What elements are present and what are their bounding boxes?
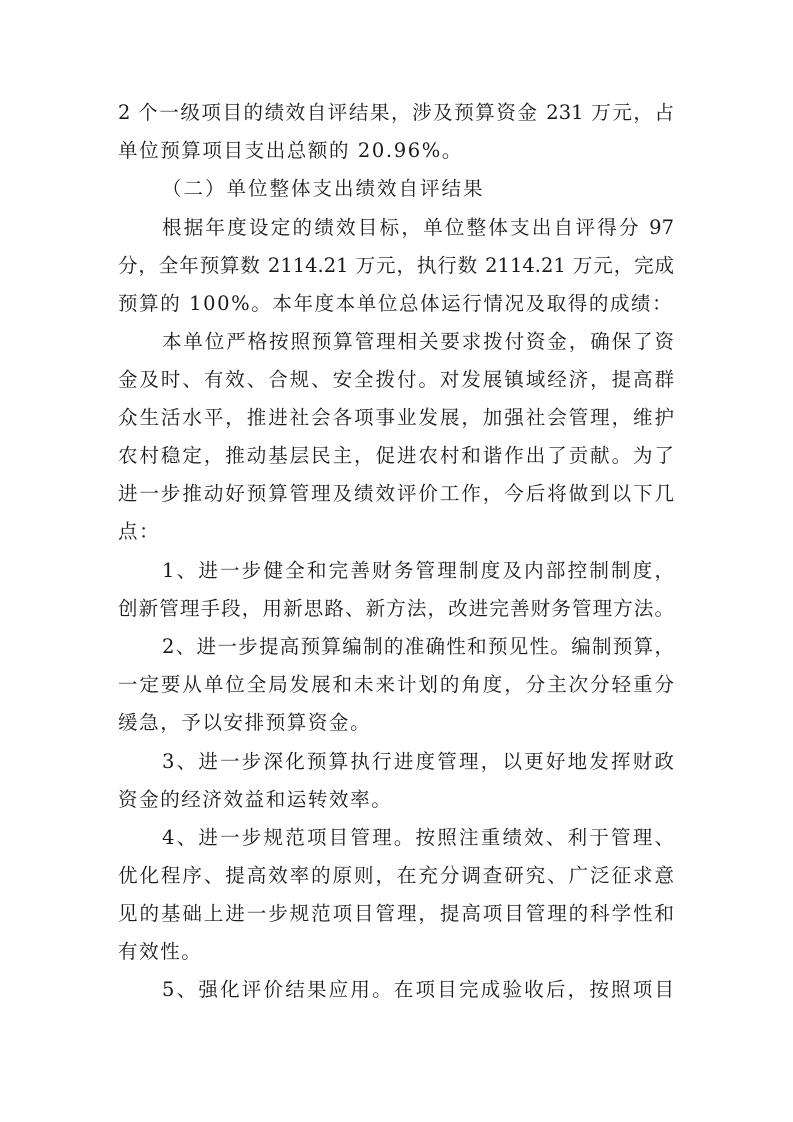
text-line: 分，全年预算数 2114.21 万元，执行数 2114.21 万元，完成 (118, 251, 674, 289)
text-line: 一定要从单位全局发展和未来计划的角度，分主次分轻重分 (118, 670, 674, 708)
text-line: 点： (118, 517, 160, 555)
list-item-1: 1、进一步健全和完善财务管理制度及内部控制制度， (162, 556, 674, 594)
text-line: 资金的经济效益和运转效率。 (118, 785, 392, 823)
text-line: 众生活水平，推进社会各项事业发展，加强社会管理，维护 (118, 403, 674, 441)
list-item-3: 3、进一步深化预算执行进度管理，以更好地发挥财政 (162, 747, 674, 785)
paragraph-start: 本单位严格按照预算管理相关要求拨付资金，确保了资 (162, 327, 674, 365)
text-line: 金及时、有效、合规、安全拨付。对发展镇域经济，提高群 (118, 365, 674, 403)
text-line: 有效性。 (118, 937, 202, 975)
list-item-5: 5、强化评价结果应用。在项目完成验收后，按照项目 (162, 975, 674, 1013)
list-item-4: 4、进一步规范项目管理。按照注重绩效、利于管理、 (162, 823, 674, 861)
list-item-2: 2、进一步提高预算编制的准确性和预见性。编制预算， (162, 632, 674, 670)
paragraph-start: 根据年度设定的绩效目标，单位整体支出自评得分 97 (162, 213, 674, 251)
text-line: 见的基础上进一步规范项目管理，提高项目管理的科学性和 (118, 899, 674, 937)
text-line: 创新管理手段，用新思路、新方法，改进完善财务管理方法。 (118, 594, 674, 632)
text-line: 优化程序、提高效率的原则，在充分调查研究、广泛征求意 (118, 861, 674, 899)
text-line: 农村稳定，推动基层民主，促进农村和谐作出了贡献。为了 (118, 441, 674, 479)
text-line: 缓急，予以安排预算资金。 (118, 708, 371, 746)
section-heading: （二）单位整体支出绩效自评结果 (162, 174, 485, 212)
text-line: 单位预算项目支出总额的 20.96%。 (118, 136, 463, 174)
text-line: 进一步推动好预算管理及绩效评价工作，今后将做到以下几 (118, 479, 674, 517)
text-line: 2 个一级项目的绩效自评结果，涉及预算资金 231 万元，占 (118, 98, 674, 136)
text-line: 预算的 100%。本年度本单位总体运行情况及取得的成绩： (118, 289, 673, 327)
